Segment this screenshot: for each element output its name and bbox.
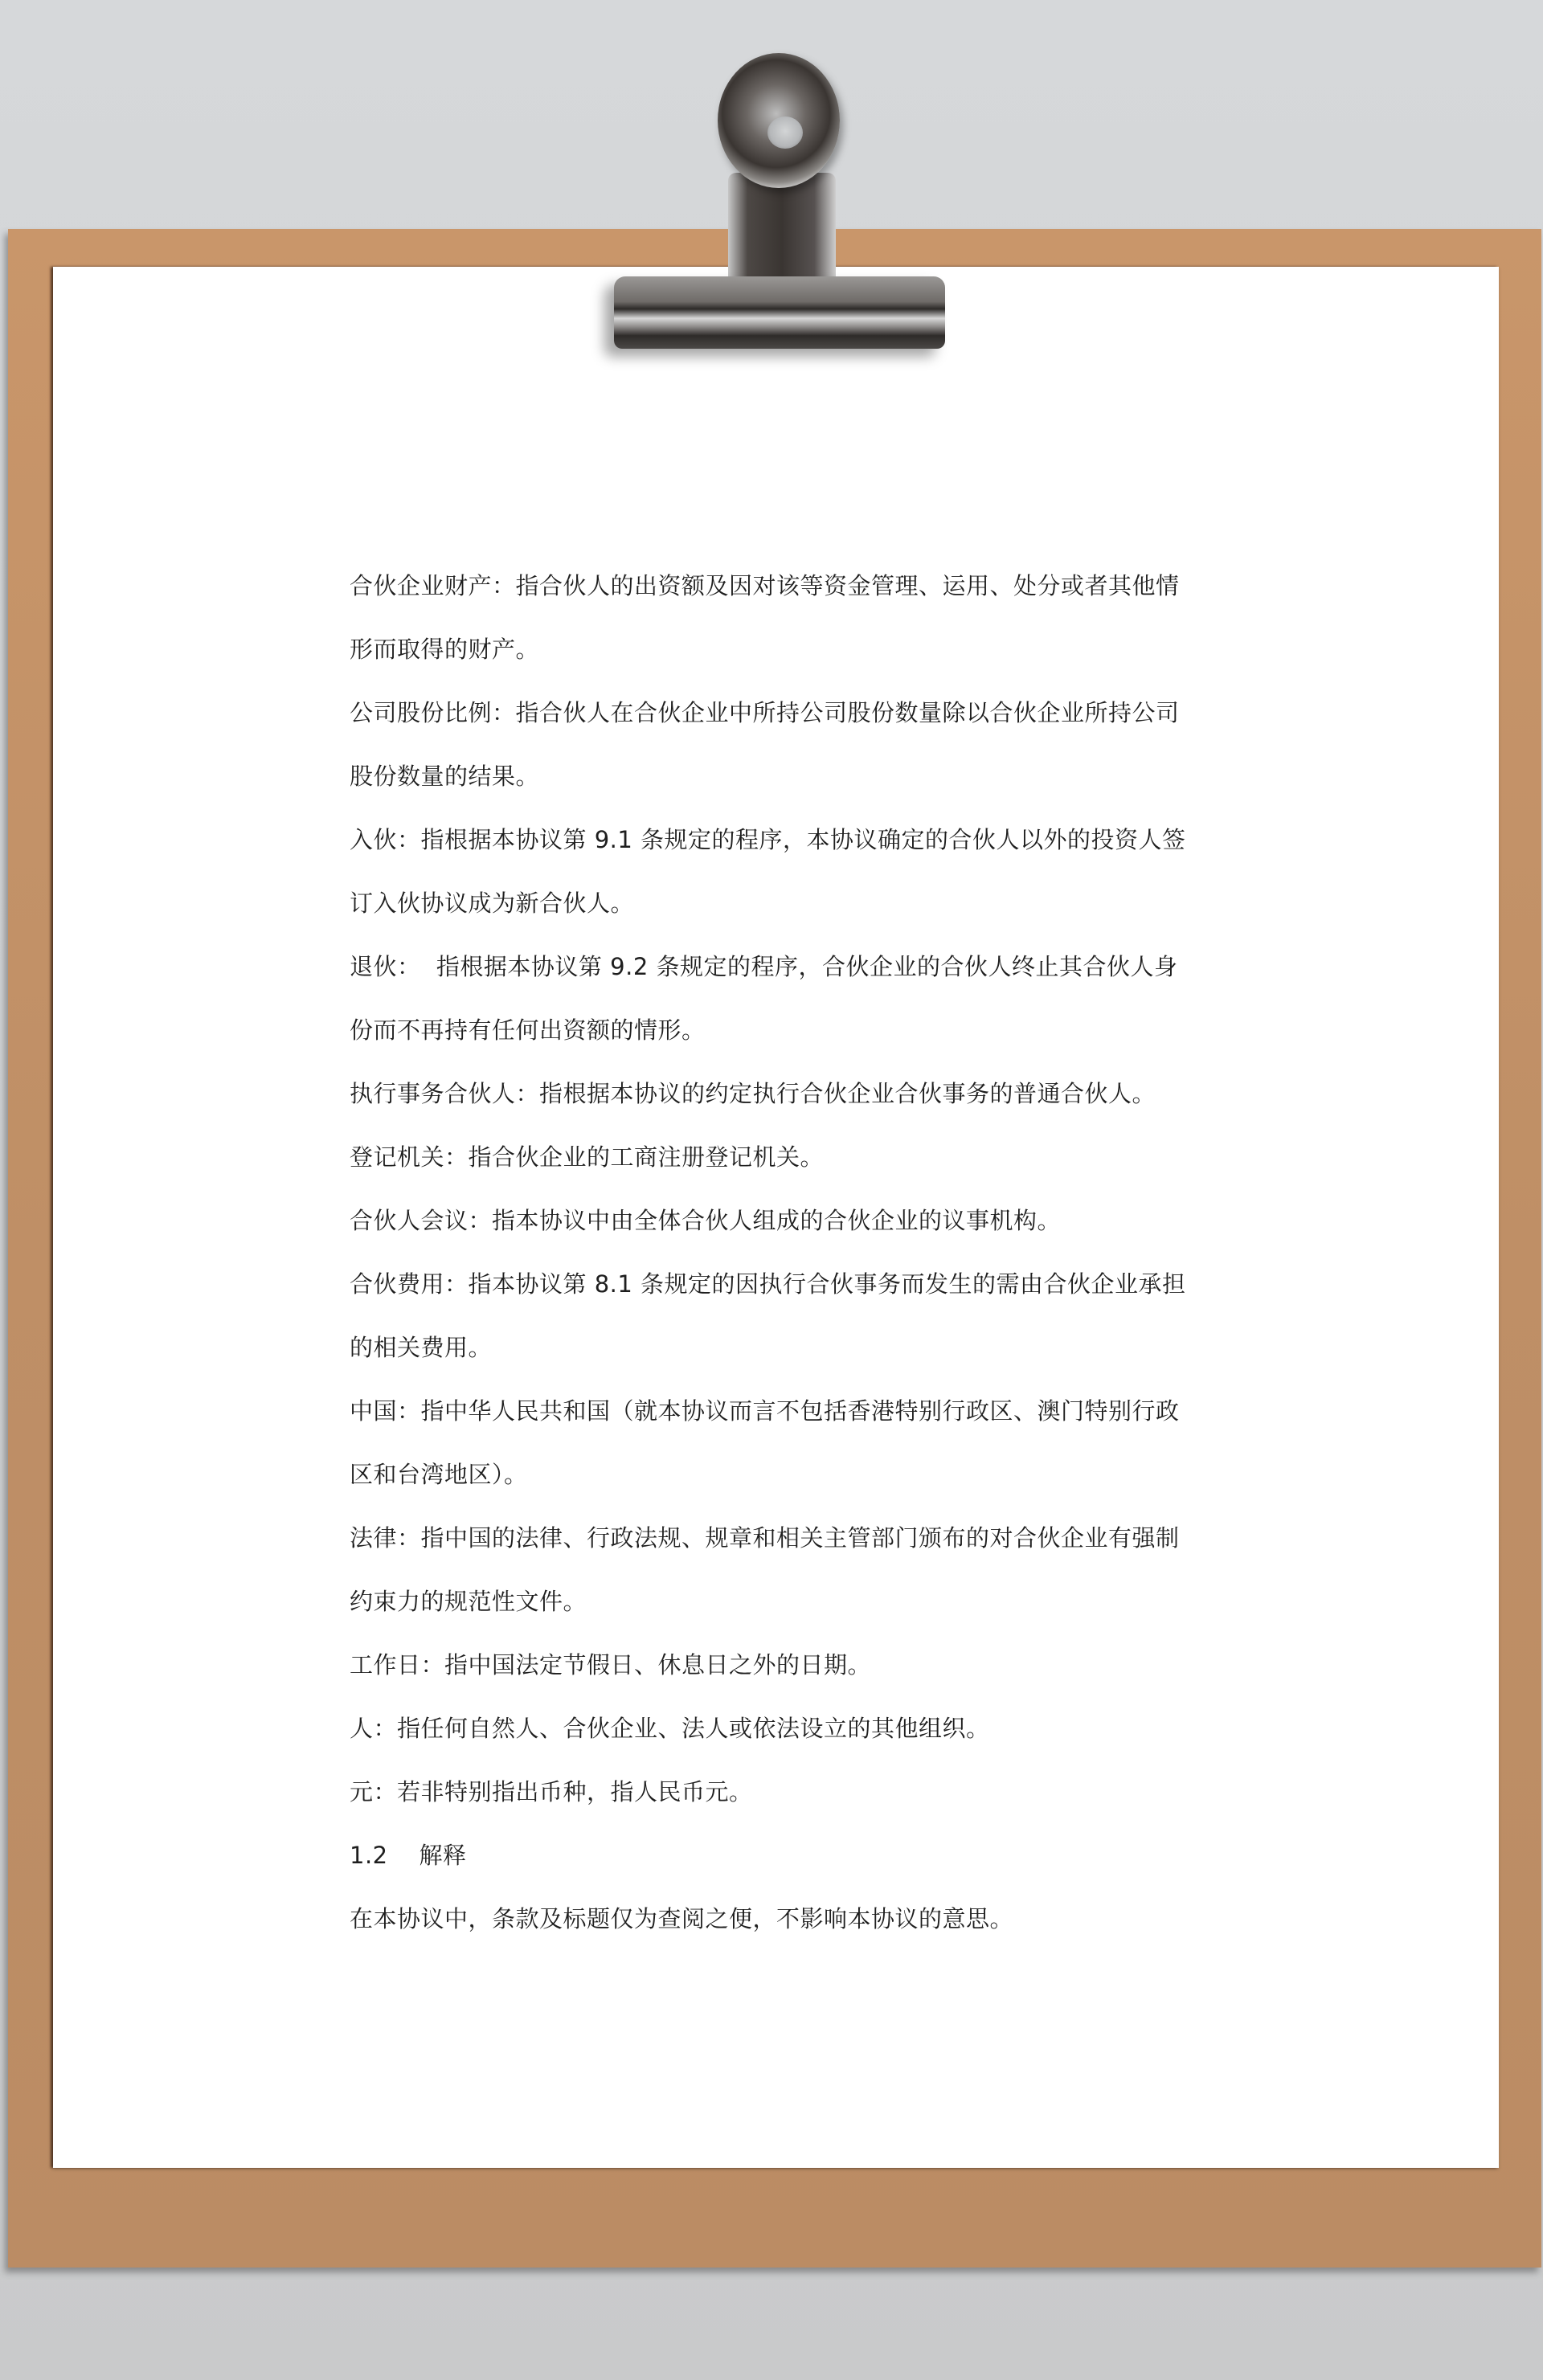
definition-line: 工作日：指中国法定节假日、休息日之外的日期。 bbox=[350, 1634, 1201, 1697]
definition-line: 执行事务合伙人：指根据本协议的约定执行合伙企业合伙事务的普通合伙人。 bbox=[350, 1062, 1201, 1126]
paragraph-line: 在本协议中，条款及标题仅为查阅之便，不影响本协议的意思。 bbox=[350, 1887, 1201, 1951]
definition-line: 合伙人会议：指本协议中由全体合伙人组成的合伙企业的议事机构。 bbox=[350, 1189, 1201, 1253]
definition-line: 登记机关：指合伙企业的工商注册登记机关。 bbox=[350, 1126, 1201, 1189]
clip-bar bbox=[614, 276, 945, 349]
clip-hole bbox=[767, 117, 803, 149]
definition-line: 订入伙协议成为新合伙人。 bbox=[350, 872, 1201, 935]
definition-line: 区和台湾地区）。 bbox=[350, 1443, 1201, 1507]
definition-line: 合伙企业财产：指合伙人的出资额及因对该等资金管理、运用、处分或者其他情 bbox=[350, 554, 1201, 618]
definition-line: 退伙： 指根据本协议第 9.2 条规定的程序，合伙企业的合伙人终止其合伙人身 bbox=[350, 935, 1201, 999]
definition-line: 合伙费用：指本协议第 8.1 条规定的因执行合伙事务而发生的需由合伙企业承担 bbox=[350, 1253, 1201, 1316]
definition-line: 法律：指中国的法律、行政法规、规章和相关主管部门颁布的对合伙企业有强制 bbox=[350, 1507, 1201, 1570]
document-body: 合伙企业财产：指合伙人的出资额及因对该等资金管理、运用、处分或者其他情 形而取得… bbox=[350, 554, 1201, 1951]
definition-line: 入伙：指根据本协议第 9.1 条规定的程序，本协议确定的合伙人以外的投资人签 bbox=[350, 808, 1201, 872]
definition-line: 的相关费用。 bbox=[350, 1316, 1201, 1380]
definition-line: 中国：指中华人民共和国（就本协议而言不包括香港特别行政区、澳门特别行政 bbox=[350, 1380, 1201, 1443]
definition-line: 约束力的规范性文件。 bbox=[350, 1570, 1201, 1634]
definition-line: 元：若非特别指出币种，指人民币元。 bbox=[350, 1760, 1201, 1824]
definition-line: 公司股份比例：指合伙人在合伙企业中所持公司股份数量除以合伙企业所持公司 bbox=[350, 681, 1201, 745]
definition-line: 人：指任何自然人、合伙企业、法人或依法设立的其他组织。 bbox=[350, 1697, 1201, 1760]
definition-line: 股份数量的结果。 bbox=[350, 745, 1201, 808]
section-heading: 1.2 解释 bbox=[350, 1824, 1201, 1887]
definition-line: 份而不再持有任何出资额的情形。 bbox=[350, 999, 1201, 1062]
definition-line: 形而取得的财产。 bbox=[350, 618, 1201, 681]
clip-stem bbox=[728, 173, 836, 293]
